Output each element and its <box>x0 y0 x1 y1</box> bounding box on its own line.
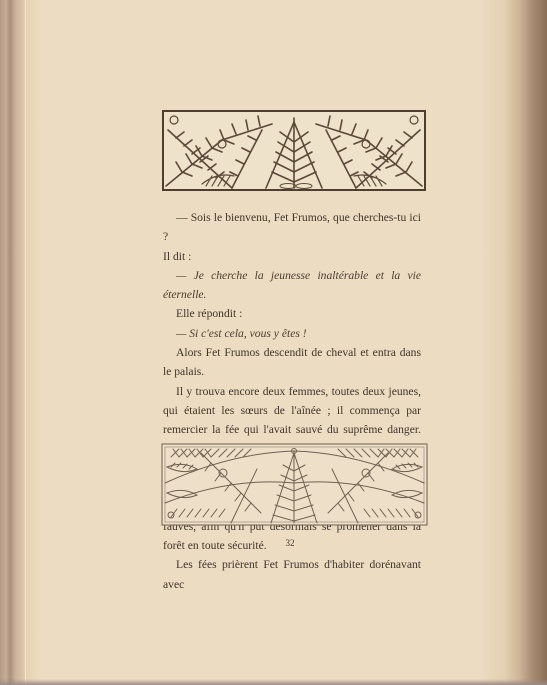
page-gutter-edge <box>25 0 26 685</box>
page-number: 32 <box>280 538 300 548</box>
paragraph-italic: — Je cherche la jeunesse inaltérable et … <box>163 266 421 305</box>
body-text: — Sois le bienvenu, Fet Frumos, que cher… <box>163 208 421 594</box>
tailpiece-ornament <box>161 443 428 526</box>
paragraph-italic: — Si c'est cela, vous y êtes ! <box>163 324 421 343</box>
book-page: — Sois le bienvenu, Fet Frumos, que cher… <box>0 0 547 685</box>
paragraph: Elle répondit : <box>163 304 421 323</box>
headpiece-ornament <box>162 110 426 191</box>
paragraph: Alors Fet Frumos descendit de cheval et … <box>163 343 421 382</box>
fern-engraving-icon <box>162 110 426 191</box>
paragraph: Il dit : <box>163 247 421 266</box>
fern-line-engraving-icon <box>161 443 428 526</box>
paragraph: Les fées prièrent Fet Frumos d'habiter d… <box>163 555 421 594</box>
paragraph: — Sois le bienvenu, Fet Frumos, que cher… <box>163 208 421 247</box>
